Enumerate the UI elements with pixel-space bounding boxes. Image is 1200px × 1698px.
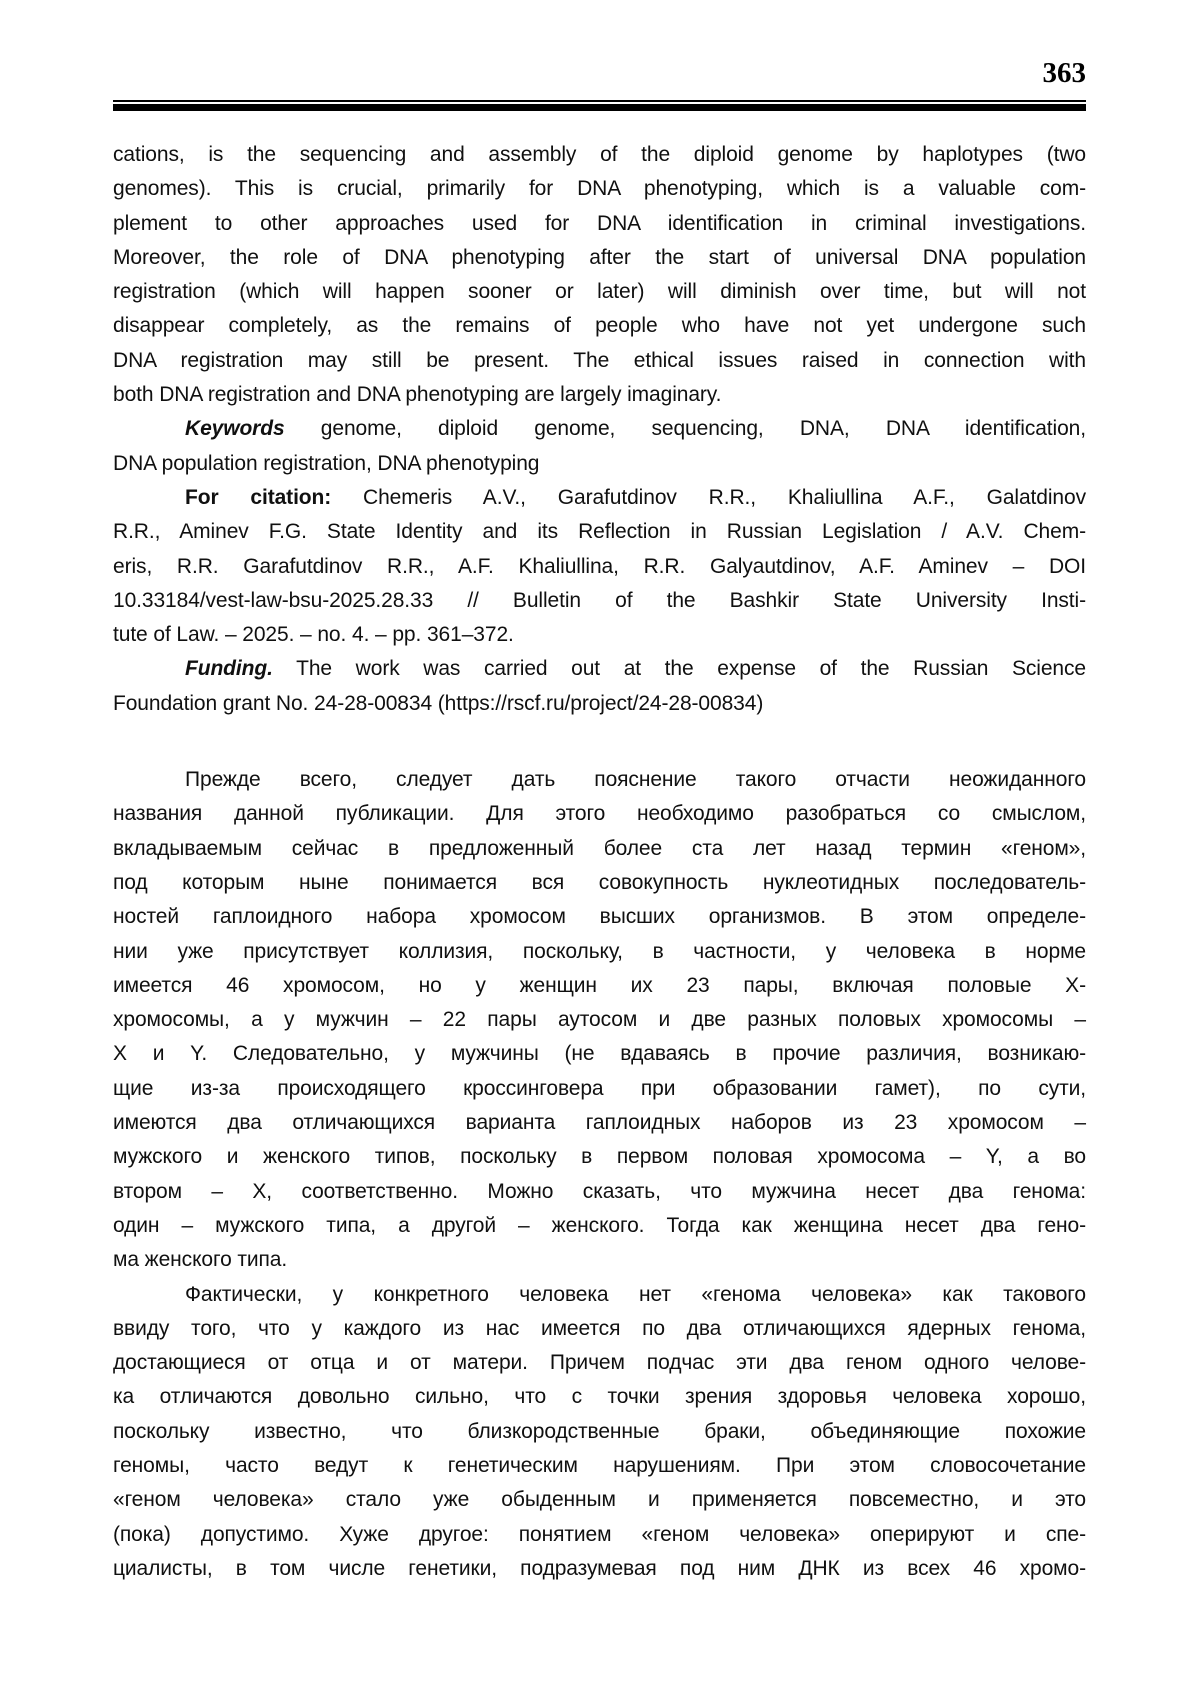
text-run: X и Y. Следовательно, у мужчины (не вдав… xyxy=(113,1042,1086,1065)
text-line: X и Y. Следовательно, у мужчины (не вдав… xyxy=(113,1037,1086,1071)
text-line: both DNA registration and DNA phenotypin… xyxy=(113,378,1086,412)
text-line: genomes). This is crucial, primarily for… xyxy=(113,172,1086,206)
text-line: DNA registration may still be present. T… xyxy=(113,344,1086,378)
text-run: 10.33184/vest-law-bsu-2025.28.33 // Bull… xyxy=(113,589,1086,612)
text-run: ма женского типа. xyxy=(113,1248,287,1271)
text-line: Funding. The work was carried out at the… xyxy=(113,652,1086,686)
text-line: cations, is the sequencing and assembly … xyxy=(113,138,1086,172)
text-line: названия данной публикации. Для этого не… xyxy=(113,797,1086,831)
text-run: хромосомы, а у мужчин – 22 пары аутосом … xyxy=(113,1008,1086,1031)
text-line: Moreover, the role of DNA phenotyping af… xyxy=(113,241,1086,275)
text-line: plement to other approaches used for DNA… xyxy=(113,207,1086,241)
text-run: геномы, часто ведут к генетическим наруш… xyxy=(113,1454,1086,1477)
text-line: For citation: Chemeris A.V., Garafutdino… xyxy=(113,481,1086,515)
text-run: registration (which will happen sooner o… xyxy=(113,280,1086,303)
text-run: один – мужского типа, а другой – женског… xyxy=(113,1214,1086,1237)
text-run: под которым ныне понимается вся совокупн… xyxy=(113,871,1086,894)
text-run: ка отличаются довольно сильно, что с точ… xyxy=(113,1385,1086,1408)
text-line: Прежде всего, следует дать пояснение так… xyxy=(113,763,1086,797)
text-line: ввиду того, что у каждого из нас имеется… xyxy=(113,1312,1086,1346)
document-page: 363 cations, is the sequencing and assem… xyxy=(0,0,1200,1698)
text-line: Foundation grant No. 24-28-00834 (https:… xyxy=(113,687,1086,721)
citation-paragraph: For citation: Chemeris A.V., Garafutdino… xyxy=(113,481,1086,652)
page-number: 363 xyxy=(113,56,1086,90)
text-run: вкладываемым сейчас в предложенный более… xyxy=(113,837,1086,860)
text-line: ка отличаются довольно сильно, что с точ… xyxy=(113,1380,1086,1414)
text-line: Keywords genome, diploid genome, sequenc… xyxy=(113,412,1086,446)
text-line: ма женского типа. xyxy=(113,1243,1086,1277)
text-line: DNA population registration, DNA phenoty… xyxy=(113,447,1086,481)
text-line: циалисты, в том числе генетики, подразум… xyxy=(113,1552,1086,1586)
text-run: имеется 46 хромосом, но у женщин их 23 п… xyxy=(113,974,1086,997)
text-run: достающиеся от отца и от матери. Причем … xyxy=(113,1351,1086,1374)
text-line: tute of Law. – 2025. – no. 4. – pp. 361–… xyxy=(113,618,1086,652)
text-run: (пока) допустимо. Хуже другое: понятием … xyxy=(113,1523,1086,1546)
text-run-emphasis: Keywords xyxy=(185,417,285,440)
text-line: R.R., Aminev F.G. State Identity and its… xyxy=(113,515,1086,549)
text-line: нии уже присутствует коллизия, поскольку… xyxy=(113,935,1086,969)
text-run: R.R., Aminev F.G. State Identity and its… xyxy=(113,520,1086,543)
text-line: 10.33184/vest-law-bsu-2025.28.33 // Bull… xyxy=(113,584,1086,618)
text-line: один – мужского типа, а другой – женског… xyxy=(113,1209,1086,1243)
text-run: cations, is the sequencing and assembly … xyxy=(113,143,1086,166)
text-line: втором – X, соответственно. Можно сказат… xyxy=(113,1175,1086,1209)
text-run: нии уже присутствует коллизия, поскольку… xyxy=(113,940,1086,963)
text-run: The work was carried out at the expense … xyxy=(273,657,1086,680)
text-run: ввиду того, что у каждого из нас имеется… xyxy=(113,1317,1086,1340)
text-line: под которым ныне понимается вся совокупн… xyxy=(113,866,1086,900)
text-run: Фактически, у конкретного человека нет «… xyxy=(185,1283,1086,1306)
text-run: Прежде всего, следует дать пояснение так… xyxy=(185,768,1086,791)
text-run: Chemeris A.V., Garafutdinov R.R., Khaliu… xyxy=(331,486,1086,509)
text-run-emphasis: For citation: xyxy=(185,486,331,509)
text-line: (пока) допустимо. Хуже другое: понятием … xyxy=(113,1518,1086,1552)
text-run: втором – X, соответственно. Можно сказат… xyxy=(113,1180,1086,1203)
text-line: registration (which will happen sooner o… xyxy=(113,275,1086,309)
text-line: имеются два отличающихся варианта гаплои… xyxy=(113,1106,1086,1140)
keywords-paragraph: Keywords genome, diploid genome, sequenc… xyxy=(113,412,1086,481)
text-run: Foundation grant No. 24-28-00834 (https:… xyxy=(113,692,763,715)
page-content: cations, is the sequencing and assembly … xyxy=(113,138,1086,1586)
text-run: ностей гаплоидного набора хромосом высши… xyxy=(113,905,1086,928)
text-run: both DNA registration and DNA phenotypin… xyxy=(113,383,721,406)
russian-paragraph-1: Прежде всего, следует дать пояснение так… xyxy=(113,763,1086,1277)
text-run: tute of Law. – 2025. – no. 4. – pp. 361–… xyxy=(113,623,514,646)
text-run: щие из-за происходящего кроссинговера пр… xyxy=(113,1077,1086,1100)
text-line: достающиеся от отца и от матери. Причем … xyxy=(113,1346,1086,1380)
text-run: названия данной публикации. Для этого не… xyxy=(113,802,1086,825)
text-run: мужского и женского типов, поскольку в п… xyxy=(113,1145,1086,1168)
text-run: циалисты, в том числе генетики, подразум… xyxy=(113,1557,1086,1580)
text-run: «геном человека» стало уже обыденным и п… xyxy=(113,1488,1086,1511)
text-line: щие из-за происходящего кроссинговера пр… xyxy=(113,1072,1086,1106)
text-line: поскольку известно, что близкородственны… xyxy=(113,1415,1086,1449)
text-run: Moreover, the role of DNA phenotyping af… xyxy=(113,246,1086,269)
abstract-continuation-paragraph: cations, is the sequencing and assembly … xyxy=(113,138,1086,412)
text-line: eris, R.R. Garafutdinov R.R., A.F. Khali… xyxy=(113,550,1086,584)
text-line: вкладываемым сейчас в предложенный более… xyxy=(113,832,1086,866)
text-line: ностей гаплоидного набора хромосом высши… xyxy=(113,900,1086,934)
funding-paragraph: Funding. The work was carried out at the… xyxy=(113,652,1086,721)
text-line: Фактически, у конкретного человека нет «… xyxy=(113,1278,1086,1312)
text-run: disappear completely, as the remains of … xyxy=(113,314,1086,337)
text-line: мужского и женского типов, поскольку в п… xyxy=(113,1140,1086,1174)
text-run: поскольку известно, что близкородственны… xyxy=(113,1420,1086,1443)
text-line: disappear completely, as the remains of … xyxy=(113,309,1086,343)
text-line: имеется 46 хромосом, но у женщин их 23 п… xyxy=(113,969,1086,1003)
text-run: DNA population registration, DNA phenoty… xyxy=(113,452,539,475)
header-rule xyxy=(113,100,1086,111)
text-run: genomes). This is crucial, primarily for… xyxy=(113,177,1086,200)
text-run-emphasis: Funding. xyxy=(185,657,273,680)
text-line: хромосомы, а у мужчин – 22 пары аутосом … xyxy=(113,1003,1086,1037)
text-line: «геном человека» стало уже обыденным и п… xyxy=(113,1483,1086,1517)
text-run: DNA registration may still be present. T… xyxy=(113,349,1086,372)
text-run: genome, diploid genome, sequencing, DNA,… xyxy=(285,417,1086,440)
russian-paragraph-2: Фактически, у конкретного человека нет «… xyxy=(113,1278,1086,1587)
text-run: имеются два отличающихся варианта гаплои… xyxy=(113,1111,1086,1134)
text-run: eris, R.R. Garafutdinov R.R., A.F. Khali… xyxy=(113,555,1086,578)
text-line: геномы, часто ведут к генетическим наруш… xyxy=(113,1449,1086,1483)
text-run: plement to other approaches used for DNA… xyxy=(113,212,1086,235)
